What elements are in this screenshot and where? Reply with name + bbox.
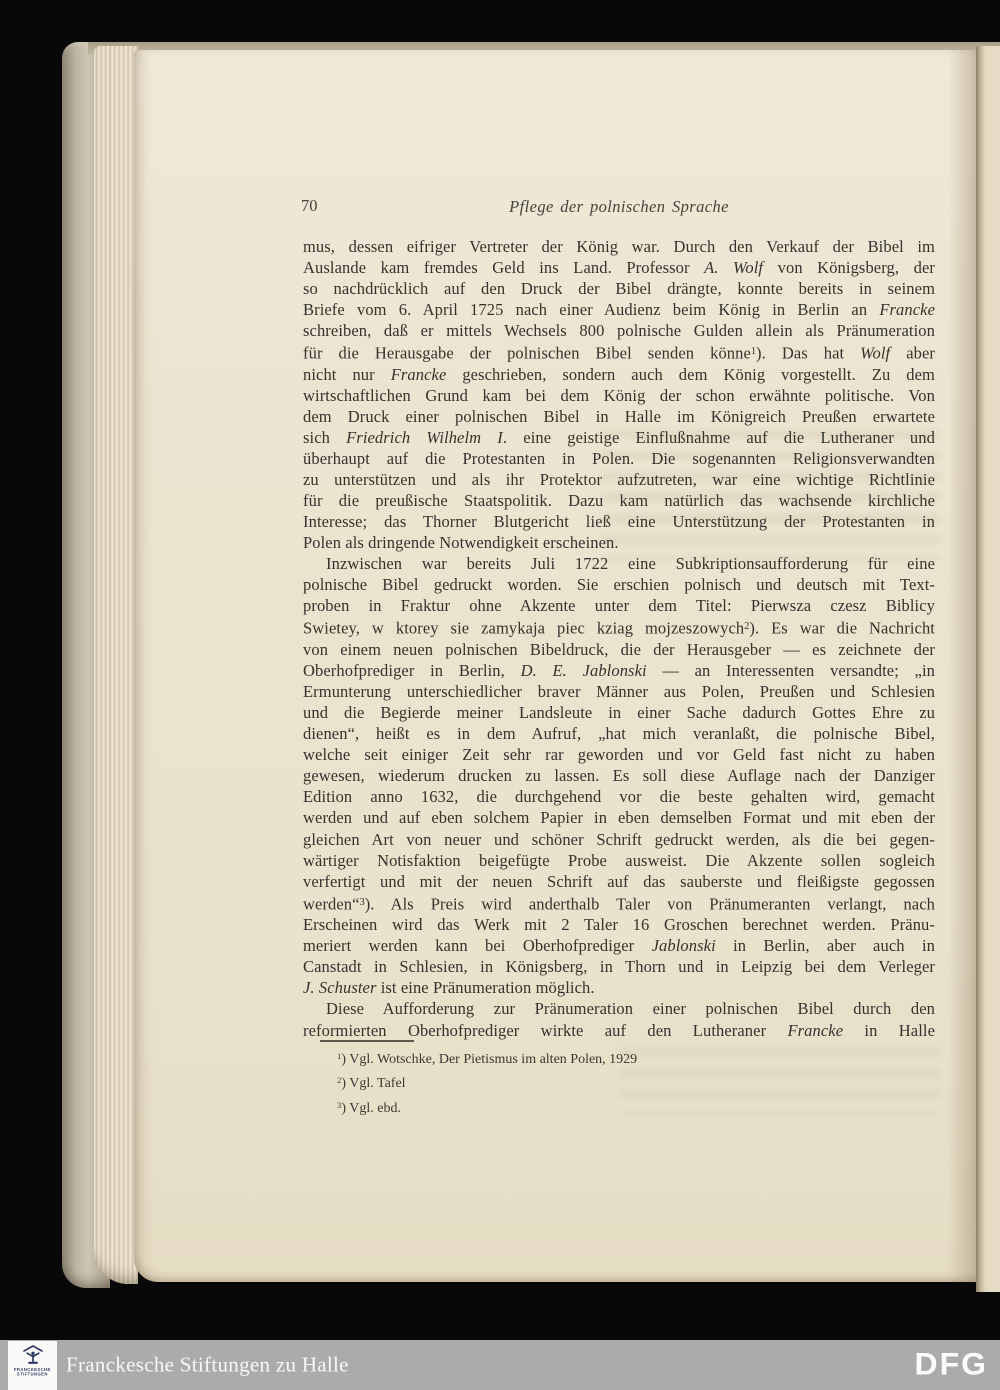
text-line: proben in Fraktur ohne Akzente unter dem… bbox=[303, 595, 935, 616]
text-line: und die Begierde meiner Landsleute in ei… bbox=[303, 702, 935, 723]
francke-pictogram-icon bbox=[21, 1344, 45, 1368]
text-line: so nachdrücklich auf den Druck der Bibel… bbox=[303, 278, 935, 299]
page-stack-edges bbox=[94, 46, 138, 1284]
dfg-logo[interactable]: DFG bbox=[914, 1346, 988, 1382]
facing-page-edge bbox=[976, 46, 1000, 1292]
footnote-separator bbox=[320, 1040, 414, 1042]
footnote: 1) Vgl. Wotschke, Der Pietismus im alten… bbox=[337, 1046, 937, 1070]
scan-canvas: 70 Pflege der polnischen Sprache mus, de… bbox=[0, 0, 1000, 1390]
text-line: wärtiger Notisfaktion beigefügte Probe a… bbox=[303, 850, 935, 871]
text-line: schreiben, daß er mittels Wechsels 800 p… bbox=[303, 320, 935, 341]
text-line: gewesen, wiederum drucken zu lassen. Es … bbox=[303, 765, 935, 786]
body-text: mus, dessen eifriger Vertreter der König… bbox=[303, 236, 935, 1041]
text-line: J. Schuster ist eine Pränumeration mögli… bbox=[303, 977, 935, 998]
text-line: zu unterstützen und als ihr Protektor au… bbox=[303, 469, 935, 490]
text-line: überhaupt auf die Protestanten in Polen.… bbox=[303, 448, 935, 469]
running-header: Pflege der polnischen Sprache bbox=[303, 197, 935, 217]
text-line: Diese Aufforderung zur Pränumeration ein… bbox=[303, 998, 935, 1019]
text-line: Canstadt in Schlesien, in Königsberg, in… bbox=[303, 956, 935, 977]
text-line: wirtschaftlichen Grund kam bei dem König… bbox=[303, 385, 935, 406]
text-line: Erscheinen wird das Werk mit 2 Taler 16 … bbox=[303, 914, 935, 935]
text-line: für die Herausgabe der polnischen Bibel … bbox=[303, 341, 935, 364]
text-line: dem Druck einer polnischen Bibel in Hall… bbox=[303, 406, 935, 427]
text-line: Auslande kam fremdes Geld ins Land. Prof… bbox=[303, 257, 935, 278]
text-line: nicht nur Francke geschrieben, sondern a… bbox=[303, 364, 935, 385]
text-line: reformierten Oberhofprediger wirkte auf … bbox=[303, 1020, 935, 1041]
text-line: Inzwischen war bereits Juli 1722 eine Su… bbox=[303, 553, 935, 574]
text-line: polnische Bibel gedruckt worden. Sie ers… bbox=[303, 574, 935, 595]
footnote: 2) Vgl. Tafel bbox=[337, 1070, 937, 1094]
text-line: Ermunterung unterschiedlicher braver Män… bbox=[303, 681, 935, 702]
text-line: Oberhofprediger in Berlin, D. E. Jablons… bbox=[303, 660, 935, 681]
page-header: 70 Pflege der polnischen Sprache bbox=[303, 196, 935, 218]
text-line: von einem neuen polnischen Bibeldruck, d… bbox=[303, 639, 935, 660]
text-line: Polen als dringende Notwendigkeit ersche… bbox=[303, 532, 935, 553]
book-scan: 70 Pflege der polnischen Sprache mus, de… bbox=[0, 0, 1000, 1300]
text-line: Interesse; das Thorner Blutgericht ließ … bbox=[303, 511, 935, 532]
text-line: gleichen Art von neuer und schöner Schri… bbox=[303, 829, 935, 850]
text-line: welche seit einiger Zeit sehr rar geword… bbox=[303, 744, 935, 765]
text-line: verfertigt und mit der neuen Schrift auf… bbox=[303, 871, 935, 892]
text-line: Edition anno 1632, die durchgehend vor d… bbox=[303, 786, 935, 807]
text-line: für die preußische Staatspolitik. Dazu k… bbox=[303, 490, 935, 511]
text-line: sich Friedrich Wilhelm I. eine geistige … bbox=[303, 427, 935, 448]
institution-name: Franckesche Stiftungen zu Halle bbox=[66, 1353, 349, 1378]
text-line: dienen“, heißt es in dem Aufruf, „hat mi… bbox=[303, 723, 935, 744]
text-line: meriert werden kann bei Oberhofprediger … bbox=[303, 935, 935, 956]
text-line: werden und auf eben solchem Papier in eb… bbox=[303, 807, 935, 828]
footnotes: 1) Vgl. Wotschke, Der Pietismus im alten… bbox=[337, 1046, 937, 1119]
footer-bar: FRANCKESCHE STIFTUNGEN Franckesche Stift… bbox=[0, 1340, 1000, 1390]
text-line: werden“3). Als Preis wird anderthalb Tal… bbox=[303, 892, 935, 915]
text-line: Swietey, w ktorey sie zamykaja piec kzia… bbox=[303, 616, 935, 639]
institution-logo[interactable]: FRANCKESCHE STIFTUNGEN bbox=[8, 1341, 57, 1390]
text-line: Briefe vom 6. April 1725 nach einer Audi… bbox=[303, 299, 935, 320]
institution-logo-caption: FRANCKESCHE STIFTUNGEN bbox=[14, 1368, 51, 1378]
footnote: 3) Vgl. ebd. bbox=[337, 1095, 937, 1119]
text-line: mus, dessen eifriger Vertreter der König… bbox=[303, 236, 935, 257]
